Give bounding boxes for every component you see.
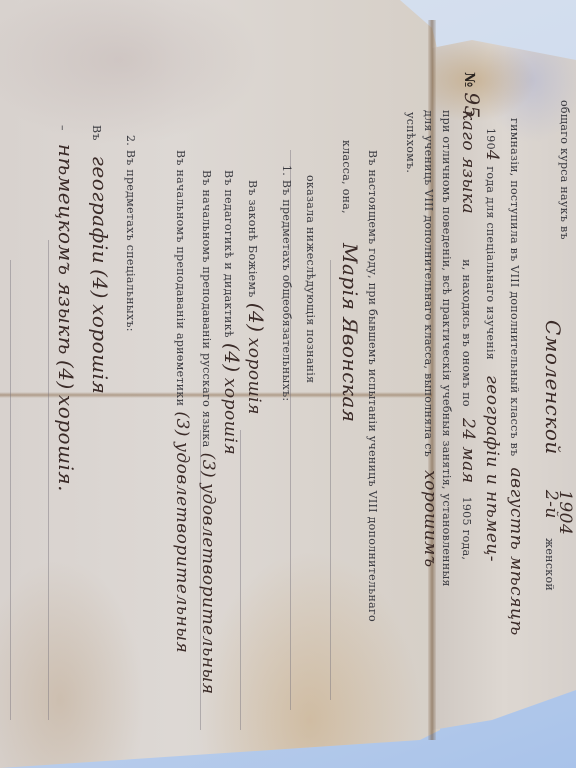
ruled-line: [10, 260, 11, 720]
right-page-line-2: гимназіи, поступила въ VIII дополнительн…: [506, 118, 526, 636]
ruled-line: [240, 430, 241, 730]
right-page-line-7: успѣхомъ.: [403, 112, 422, 173]
right-page-line-0: общаго курса наукъ въ: [557, 100, 576, 240]
grade-row-religion: Въ законѣ Божіемъ (4) хорошія: [244, 180, 268, 415]
certificate-number: № 95: [460, 72, 484, 119]
student-name: Марія Явонская: [338, 243, 362, 423]
right-page-line-4: каго языка и, находясь въ ономъ по 24 ма…: [458, 110, 478, 560]
school-name-handwritten: Смоленской: [541, 320, 565, 455]
ruled-line: [330, 260, 331, 700]
grade-row-arithmetic: Въ начальномъ преподаваніи ариөметики (3…: [172, 150, 192, 653]
intro-line-1: Въ настоящемъ году, при бывшемъ испытані…: [365, 150, 384, 622]
section2-title: 2. Въ предметахъ спеціальныхъ:: [123, 135, 142, 332]
intro-after: оказала нижеслѣдующія познанія: [303, 175, 322, 383]
right-page-line-3: 1904 года для спеціальнаго изученія геог…: [482, 128, 502, 562]
certificate-number-value: 95: [460, 92, 484, 118]
ruled-line: [48, 240, 49, 720]
grade-row-pedagogy: Въ педагогикѣ и дидактикѣ (4) хорошія: [220, 170, 244, 455]
section1-title: 1. Въ предметахъ общеобязательныхъ:: [279, 165, 298, 401]
right-page-year-top: 1904: [555, 490, 575, 535]
grade-row-german: – нѣмецкомъ языкѣ (4) хорошія.: [54, 125, 78, 492]
right-page-line-1: Смоленской 2-й женской: [541, 320, 565, 591]
right-page-line-5: при отличномъ поведеніи, всѣ практическі…: [439, 110, 458, 587]
grade-row-geography: Въ географіи (4) хорошія: [88, 125, 112, 394]
grade-row-russian: Въ начальномъ преподаваніи русскаго язык…: [198, 170, 218, 695]
intro-line-2: класса, она, Марія Явонская: [338, 140, 362, 423]
right-page-line-6: для учениць VIII дополнительнаго класса,…: [420, 110, 440, 568]
